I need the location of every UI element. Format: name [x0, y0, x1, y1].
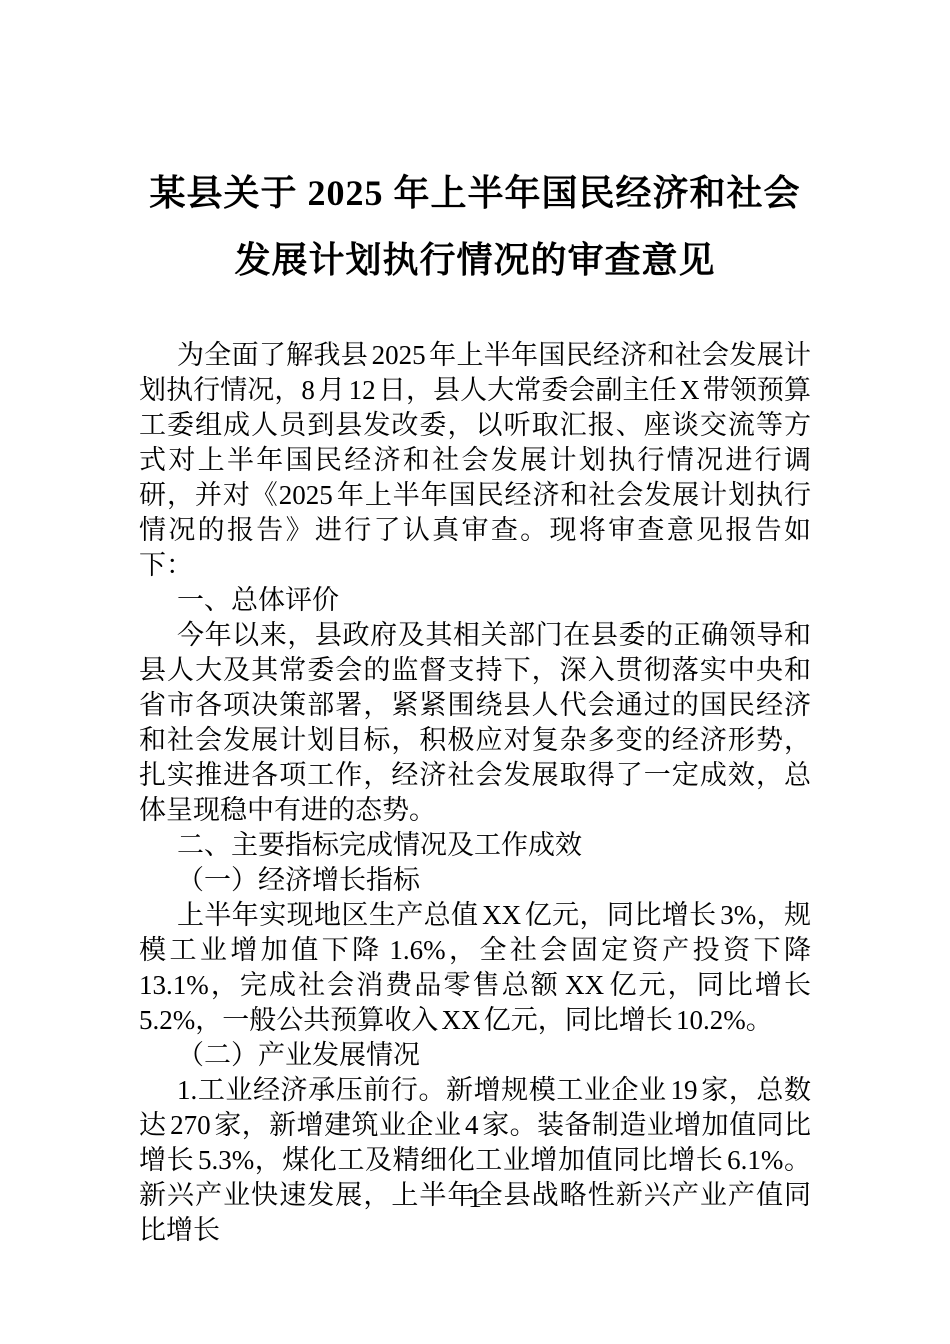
paragraph: 为全面了解我县 2025 年上半年国民经济和社会发展计划执行情况，8 月 12 …: [139, 338, 811, 583]
document-body: 为全面了解我县 2025 年上半年国民经济和社会发展计划执行情况，8 月 12 …: [139, 338, 811, 1248]
document-title: 某县关于 2025 年上半年国民经济和社会发展计划执行情况的审查意见: [139, 0, 811, 294]
paragraph: 1.工业经济承压前行。新增规模工业企业 19 家，总数达 270 家，新增建筑业…: [139, 1073, 811, 1248]
heading: 二、主要指标完成情况及工作成效: [139, 828, 811, 863]
subheading: （一）经济增长指标: [139, 863, 811, 898]
heading: 一、总体评价: [139, 583, 811, 618]
paragraph: 今年以来，县政府及其相关部门在县委的正确领导和县人大及其常委会的监督支持下，深入…: [139, 618, 811, 828]
subheading: （二）产业发展情况: [139, 1038, 811, 1073]
paragraph: 上半年实现地区生产总值 XX 亿元，同比增长 3%，规模工业增加值下降 1.6%…: [139, 898, 811, 1038]
page-number: 1: [0, 1181, 950, 1216]
document-page: 某县关于 2025 年上半年国民经济和社会发展计划执行情况的审查意见 为全面了解…: [0, 0, 950, 1344]
